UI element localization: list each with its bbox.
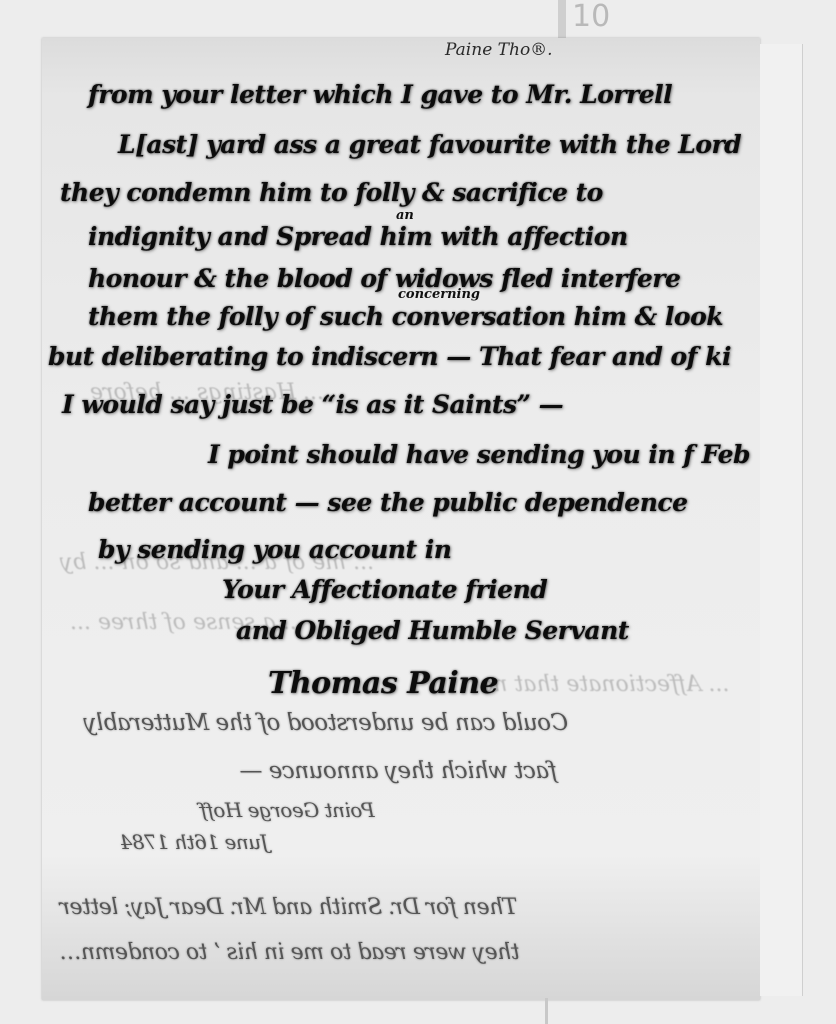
signature: Thomas Paine — [268, 666, 498, 701]
letter-line: but deliberating to indiscern — That fea… — [48, 342, 731, 371]
letter-line: indignity and Spread him with affection — [88, 222, 628, 251]
closing-line: and Obliged Humble Servant — [236, 616, 629, 645]
closing-line: Your Affectionate friend — [222, 575, 547, 604]
folio-tab — [558, 0, 566, 40]
docket-label: Paine Tho®. — [445, 40, 553, 60]
showthrough-line: Could can be understood of the Mutterabl… — [84, 710, 568, 736]
letter-line: honour & the blood of widows fled interf… — [88, 264, 680, 293]
letter-line: L[ast] yard ass a great favourite with t… — [118, 130, 741, 159]
bottom-tab — [545, 998, 548, 1024]
letter-line: I would say just be “is as it Saints” — — [62, 390, 563, 419]
letter-line: them the folly of such conversation him … — [88, 302, 723, 331]
letter-line: by sending you account in — [98, 535, 451, 564]
showthrough-line: fact which they announce — — [240, 758, 557, 784]
page-edge — [760, 44, 803, 996]
letter-line: they condemn him to folly & sacrifice to — [60, 178, 603, 207]
showthrough-line: June 16th 1784 — [120, 830, 269, 854]
letter-line: I point should have sending you in f Feb — [208, 440, 750, 469]
letter-line: better account — see the public dependen… — [88, 488, 688, 517]
showthrough-line: they were read to me in his ’ to condemn… — [60, 940, 520, 965]
interlinear-insertion: an — [396, 208, 414, 223]
folio-number: 10 — [572, 0, 606, 38]
interlinear-insertion: concerning — [398, 287, 480, 302]
showthrough-line: Point George Hoff — [200, 798, 375, 822]
letter-line: from your letter which I gave to Mr. Lor… — [88, 80, 672, 109]
showthrough-line: Then for Dr. Smith and Mr. Dear Jay; let… — [60, 895, 517, 920]
showthrough-line: ... Affectionate that no — [480, 672, 729, 697]
